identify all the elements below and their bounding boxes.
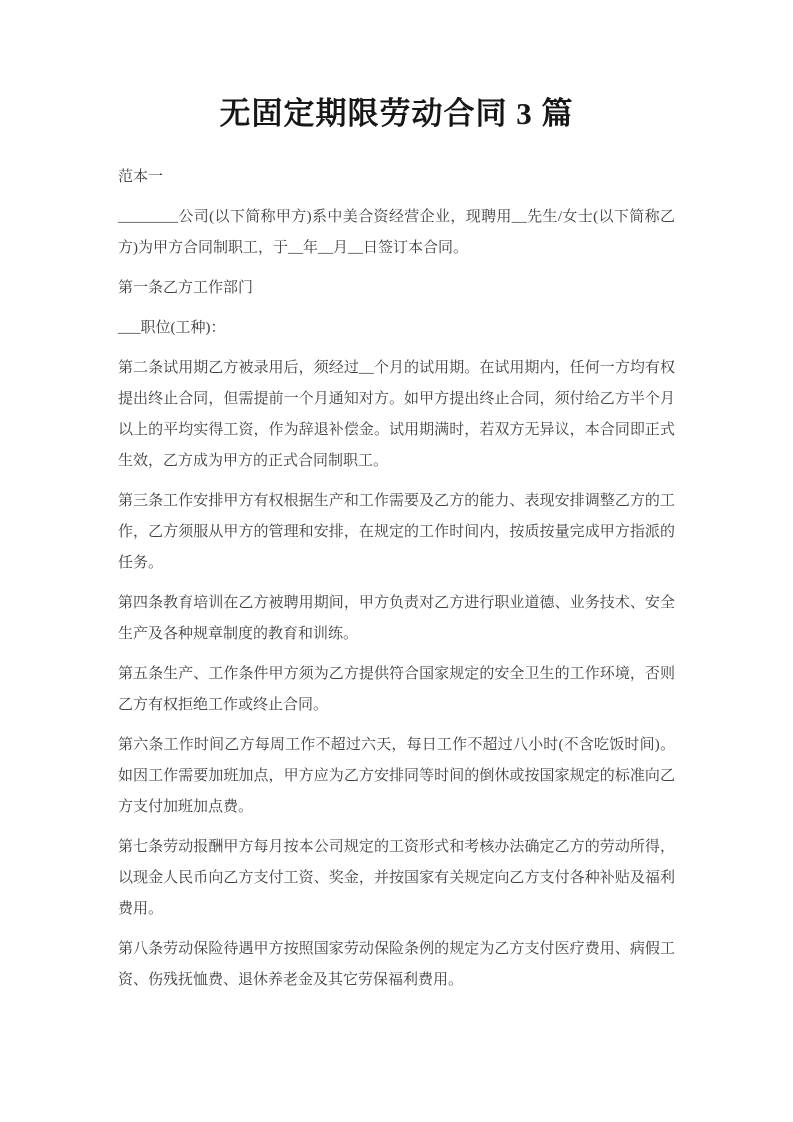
paragraph-clause-7-labor-remuneration: 第七条劳动报酬甲方每月按本公司规定的工资形式和考核办法确定乙方的劳动所得，以现金… (118, 832, 675, 925)
paragraph-clause-6-working-hours: 第六条工作时间乙方每周工作不超过六天，每日工作不超过八小时(不含吃饭时间)。如因… (118, 730, 675, 823)
paragraph-intro: ________公司(以下简称甲方)系中美合资经营企业，现聘用__先生/女士(以… (118, 202, 675, 264)
document-title: 无固定期限劳动合同 3 篇 (118, 92, 675, 136)
paragraph-clause-8-labor-insurance: 第八条劳动保险待遇甲方按照国家劳动保险条例的规定为乙方支付医疗费用、病假工资、伤… (118, 934, 675, 996)
paragraph-template-one-label: 范本一 (118, 162, 675, 193)
document-page: 无固定期限劳动合同 3 篇 范本一 ________公司(以下简称甲方)系中美合… (0, 0, 793, 1122)
paragraph-clause-1-work-department: 第一条乙方工作部门 (118, 273, 675, 304)
paragraph-clause-5-work-conditions: 第五条生产、工作条件甲方须为乙方提供符合国家规定的安全卫生的工作环境，否则乙方有… (118, 659, 675, 721)
paragraph-clause-3-work-arrangement: 第三条工作安排甲方有权根据生产和工作需要及乙方的能力、表现安排调整乙方的工作，乙… (118, 486, 675, 579)
paragraph-clause-4-education-training: 第四条教育培训在乙方被聘用期间，甲方负责对乙方进行职业道德、业务技术、安全生产及… (118, 588, 675, 650)
paragraph-clause-2-probation: 第二条试用期乙方被录用后，须经过__个月的试用期。在试用期内，任何一方均有权提出… (118, 353, 675, 477)
paragraph-position-blank: ___职位(工种)： (118, 313, 675, 344)
